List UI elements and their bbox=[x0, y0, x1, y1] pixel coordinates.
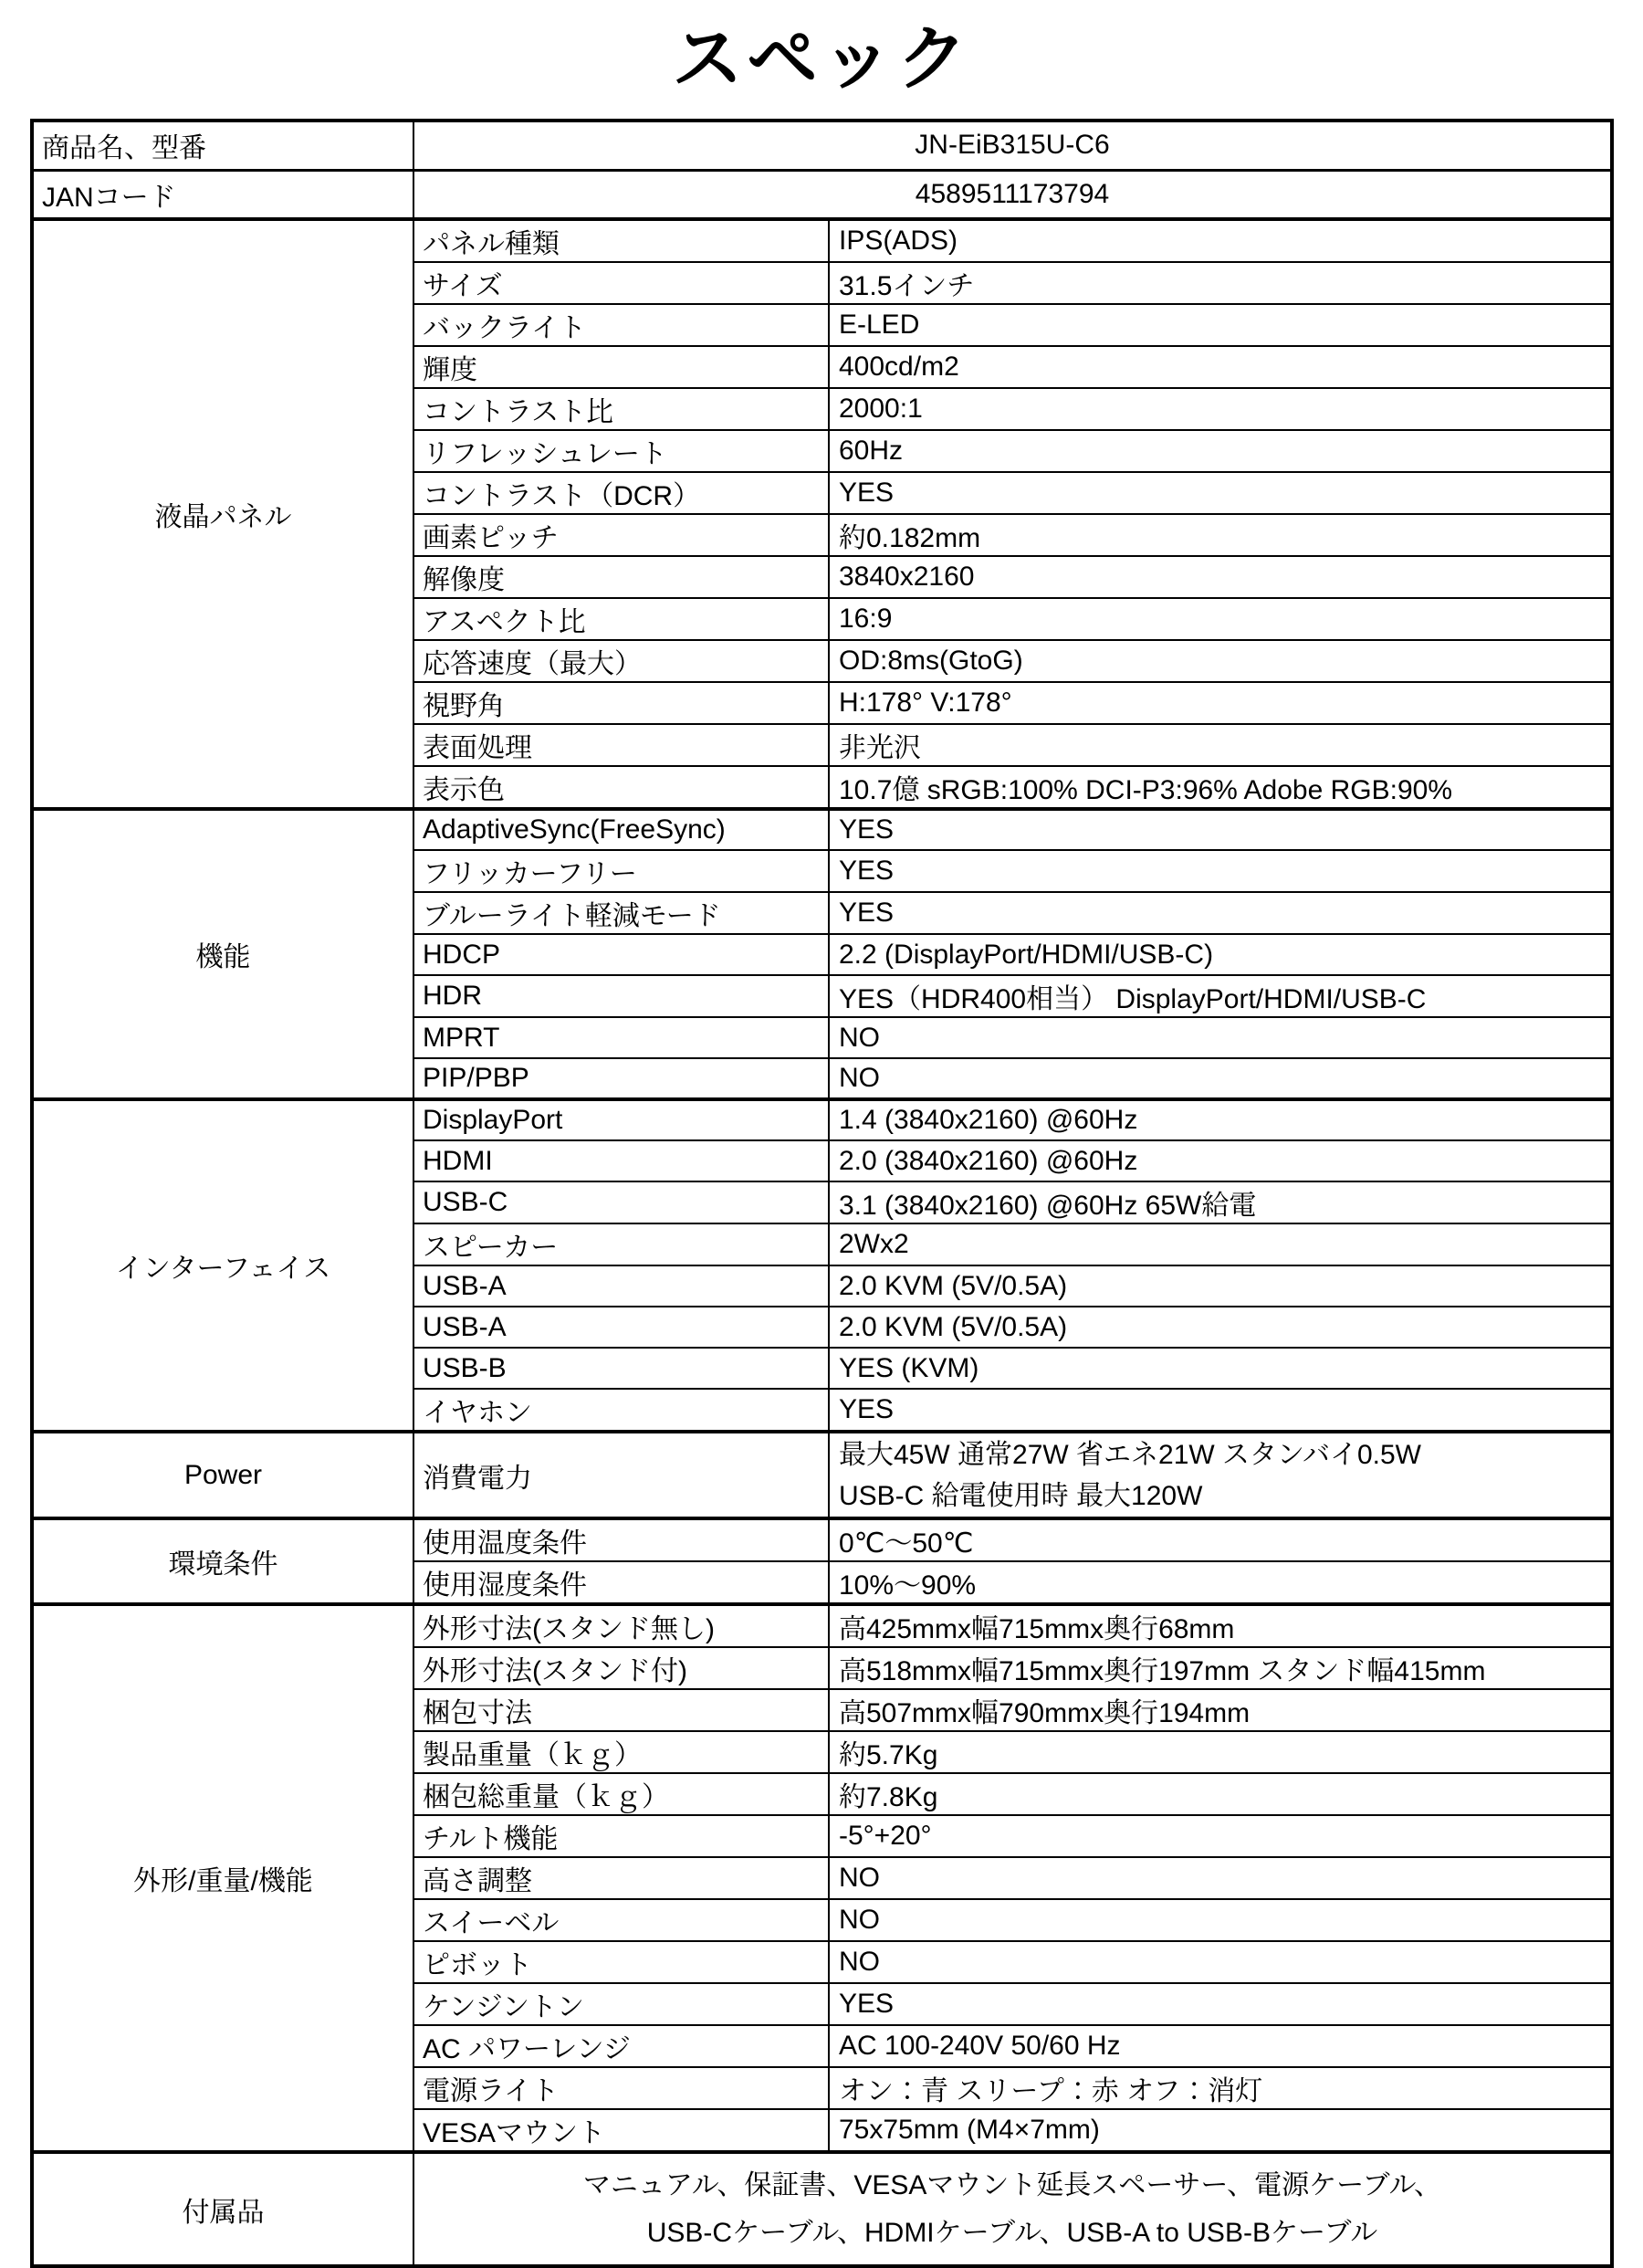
table-row: 付属品マニュアル、保証書、VESAマウント延長スペーサー、電源ケーブル、USB-… bbox=[32, 2152, 1612, 2266]
accessories-value-cell: マニュアル、保証書、VESAマウント延長スペーサー、電源ケーブル、USB-Cケー… bbox=[413, 2152, 1612, 2266]
spec-value-cell: 高425mmx幅715mmx奥行68mm bbox=[829, 1604, 1612, 1647]
spec-value-cell: 2Wx2 bbox=[829, 1223, 1612, 1265]
spec-value-line: 最大45W 通常27W 省エネ21W スタンバイ0.5W bbox=[839, 1434, 1606, 1475]
spec-value-cell: 31.5インチ bbox=[829, 262, 1612, 304]
spec-value-cell: 最大45W 通常27W 省エネ21W スタンバイ0.5WUSB-C 給電使用時 … bbox=[829, 1432, 1612, 1518]
spec-value-cell: YES（HDR400相当） DisplayPort/HDMI/USB-C bbox=[829, 975, 1612, 1017]
page-title: スペック bbox=[0, 2, 1643, 104]
spec-label-cell: 解像度 bbox=[413, 556, 829, 598]
spec-label-cell: ピボット bbox=[413, 1941, 829, 1983]
spec-value-cell: -5°+20° bbox=[829, 1815, 1612, 1857]
spec-value-cell: NO bbox=[829, 1058, 1612, 1099]
spec-value-cell: YES bbox=[829, 850, 1612, 892]
spec-label-cell: 梱包総重量（ｋｇ） bbox=[413, 1773, 829, 1815]
product-name-label-cell: 商品名、型番 bbox=[32, 121, 413, 170]
spec-value-cell: NO bbox=[829, 1941, 1612, 1983]
spec-sheet-page: スペック 商品名、型番JN-EiB315U-C6JANコード4589511173… bbox=[0, 0, 1643, 2268]
spec-label-cell: サイズ bbox=[413, 262, 829, 304]
spec-label-cell: スピーカー bbox=[413, 1223, 829, 1265]
spec-label-cell: USB-B bbox=[413, 1348, 829, 1389]
spec-value-cell: 高507mmx幅790mmx奥行194mm bbox=[829, 1689, 1612, 1731]
spec-label-cell: ブルーライト軽減モード bbox=[413, 892, 829, 934]
spec-value-cell: YES bbox=[829, 1983, 1612, 2025]
product-name-value-cell: JN-EiB315U-C6 bbox=[413, 121, 1612, 170]
spec-value-cell: 高518mmx幅715mmx奥行197mm スタンド幅415mm bbox=[829, 1647, 1612, 1689]
jan-code-value-cell: 4589511173794 bbox=[413, 170, 1612, 219]
spec-label-cell: USB-A bbox=[413, 1265, 829, 1307]
spec-value-cell: E-LED bbox=[829, 304, 1612, 346]
spec-value-cell: OD:8ms(GtoG) bbox=[829, 640, 1612, 682]
spec-label-cell: HDCP bbox=[413, 934, 829, 975]
spec-value-cell: 約5.7Kg bbox=[829, 1731, 1612, 1773]
spec-label-cell: 外形寸法(スタンド付) bbox=[413, 1647, 829, 1689]
spec-label-cell: アスペクト比 bbox=[413, 598, 829, 640]
spec-label-cell: 高さ調整 bbox=[413, 1857, 829, 1899]
jan-code-label-cell: JANコード bbox=[32, 170, 413, 219]
spec-label-cell: パネル種類 bbox=[413, 219, 829, 262]
section-label-2: インターフェイス bbox=[32, 1099, 413, 1432]
spec-value-cell: 10.7億 sRGB:100% DCI-P3:96% Adobe RGB:90% bbox=[829, 766, 1612, 809]
spec-label-cell: HDR bbox=[413, 975, 829, 1017]
spec-label-cell: 製品重量（ｋｇ） bbox=[413, 1731, 829, 1773]
spec-label-cell: コントラスト（DCR） bbox=[413, 472, 829, 514]
spec-value-cell: 10%～90% bbox=[829, 1561, 1612, 1604]
spec-value-cell: 3.1 (3840x2160) @60Hz 65W給電 bbox=[829, 1181, 1612, 1223]
spec-label-cell: 消費電力 bbox=[413, 1432, 829, 1518]
spec-label-cell: コントラスト比 bbox=[413, 388, 829, 430]
spec-value-cell: YES (KVM) bbox=[829, 1348, 1612, 1389]
spec-label-cell: 表面処理 bbox=[413, 724, 829, 766]
spec-value-cell: YES bbox=[829, 1389, 1612, 1432]
spec-value-cell: YES bbox=[829, 892, 1612, 934]
spec-label-cell: 視野角 bbox=[413, 682, 829, 724]
spec-value-cell: 0℃～50℃ bbox=[829, 1518, 1612, 1561]
spec-label-cell: 表示色 bbox=[413, 766, 829, 809]
section-label-3: Power bbox=[32, 1432, 413, 1518]
table-row: インターフェイスDisplayPort1.4 (3840x2160) @60Hz bbox=[32, 1099, 1612, 1140]
spec-value-cell: NO bbox=[829, 1017, 1612, 1058]
table-row: Power消費電力最大45W 通常27W 省エネ21W スタンバイ0.5WUSB… bbox=[32, 1432, 1612, 1518]
spec-label-cell: イヤホン bbox=[413, 1389, 829, 1432]
spec-value-cell: 75x75mm (M4×7mm) bbox=[829, 2109, 1612, 2152]
section-label-4: 環境条件 bbox=[32, 1518, 413, 1604]
spec-table: 商品名、型番JN-EiB315U-C6JANコード4589511173794液晶… bbox=[30, 119, 1614, 2268]
spec-label-cell: USB-A bbox=[413, 1307, 829, 1348]
spec-value-cell: NO bbox=[829, 1857, 1612, 1899]
spec-label-cell: PIP/PBP bbox=[413, 1058, 829, 1099]
spec-label-cell: 輝度 bbox=[413, 346, 829, 388]
spec-value-cell: オン：青 スリープ：赤 オフ：消灯 bbox=[829, 2067, 1612, 2109]
spec-label-cell: バックライト bbox=[413, 304, 829, 346]
table-row: 液晶パネルパネル種類IPS(ADS) bbox=[32, 219, 1612, 262]
spec-value-cell: 16:9 bbox=[829, 598, 1612, 640]
spec-label-cell: MPRT bbox=[413, 1017, 829, 1058]
spec-value-cell: AC 100-240V 50/60 Hz bbox=[829, 2025, 1612, 2067]
spec-value-cell: 2.2 (DisplayPort/HDMI/USB-C) bbox=[829, 934, 1612, 975]
spec-label-cell: AC パワーレンジ bbox=[413, 2025, 829, 2067]
spec-label-cell: 梱包寸法 bbox=[413, 1689, 829, 1731]
spec-value-cell: 非光沢 bbox=[829, 724, 1612, 766]
section-label-accessories: 付属品 bbox=[32, 2152, 413, 2266]
spec-value-cell: 60Hz bbox=[829, 430, 1612, 472]
section-label-0: 液晶パネル bbox=[32, 219, 413, 809]
spec-value-cell: 約0.182mm bbox=[829, 514, 1612, 556]
spec-label-cell: HDMI bbox=[413, 1140, 829, 1181]
spec-label-cell: USB-C bbox=[413, 1181, 829, 1223]
spec-value-cell: 2000:1 bbox=[829, 388, 1612, 430]
spec-value-cell: 2.0 (3840x2160) @60Hz bbox=[829, 1140, 1612, 1181]
spec-value-cell: 3840x2160 bbox=[829, 556, 1612, 598]
spec-label-cell: 使用温度条件 bbox=[413, 1518, 829, 1561]
spec-value-cell: H:178° V:178° bbox=[829, 682, 1612, 724]
spec-value-cell: NO bbox=[829, 1899, 1612, 1941]
spec-label-cell: チルト機能 bbox=[413, 1815, 829, 1857]
table-row: JANコード4589511173794 bbox=[32, 170, 1612, 219]
spec-label-cell: 使用湿度条件 bbox=[413, 1561, 829, 1604]
spec-label-cell: スイーベル bbox=[413, 1899, 829, 1941]
section-label-5: 外形/重量/機能 bbox=[32, 1604, 413, 2152]
spec-label-cell: 外形寸法(スタンド無し) bbox=[413, 1604, 829, 1647]
accessories-line: USB-Cケーブル、HDMIケーブル、USB-A to USB-Bケーブル bbox=[414, 2210, 1610, 2257]
spec-value-cell: 2.0 KVM (5V/0.5A) bbox=[829, 1265, 1612, 1307]
spec-value-line: USB-C 給電使用時 最大120W bbox=[839, 1475, 1606, 1517]
spec-label-cell: フリッカーフリー bbox=[413, 850, 829, 892]
section-label-1: 機能 bbox=[32, 809, 413, 1099]
table-row: 外形/重量/機能外形寸法(スタンド無し)高425mmx幅715mmx奥行68mm bbox=[32, 1604, 1612, 1647]
spec-label-cell: 電源ライト bbox=[413, 2067, 829, 2109]
spec-value-cell: 2.0 KVM (5V/0.5A) bbox=[829, 1307, 1612, 1348]
spec-value-cell: YES bbox=[829, 809, 1612, 850]
table-row: 商品名、型番JN-EiB315U-C6 bbox=[32, 121, 1612, 170]
spec-label-cell: ケンジントン bbox=[413, 1983, 829, 2025]
spec-value-cell: 約7.8Kg bbox=[829, 1773, 1612, 1815]
spec-value-cell: IPS(ADS) bbox=[829, 219, 1612, 262]
spec-label-cell: DisplayPort bbox=[413, 1099, 829, 1140]
spec-label-cell: 画素ピッチ bbox=[413, 514, 829, 556]
table-row: 環境条件使用温度条件0℃～50℃ bbox=[32, 1518, 1612, 1561]
spec-label-cell: AdaptiveSync(FreeSync) bbox=[413, 809, 829, 850]
table-row: 機能AdaptiveSync(FreeSync)YES bbox=[32, 809, 1612, 850]
spec-label-cell: VESAマウント bbox=[413, 2109, 829, 2152]
spec-value-cell: YES bbox=[829, 472, 1612, 514]
spec-value-cell: 400cd/m2 bbox=[829, 346, 1612, 388]
spec-label-cell: 応答速度（最大） bbox=[413, 640, 829, 682]
spec-label-cell: リフレッシュレート bbox=[413, 430, 829, 472]
accessories-line: マニュアル、保証書、VESAマウント延長スペーサー、電源ケーブル、 bbox=[414, 2162, 1610, 2210]
spec-value-cell: 1.4 (3840x2160) @60Hz bbox=[829, 1099, 1612, 1140]
